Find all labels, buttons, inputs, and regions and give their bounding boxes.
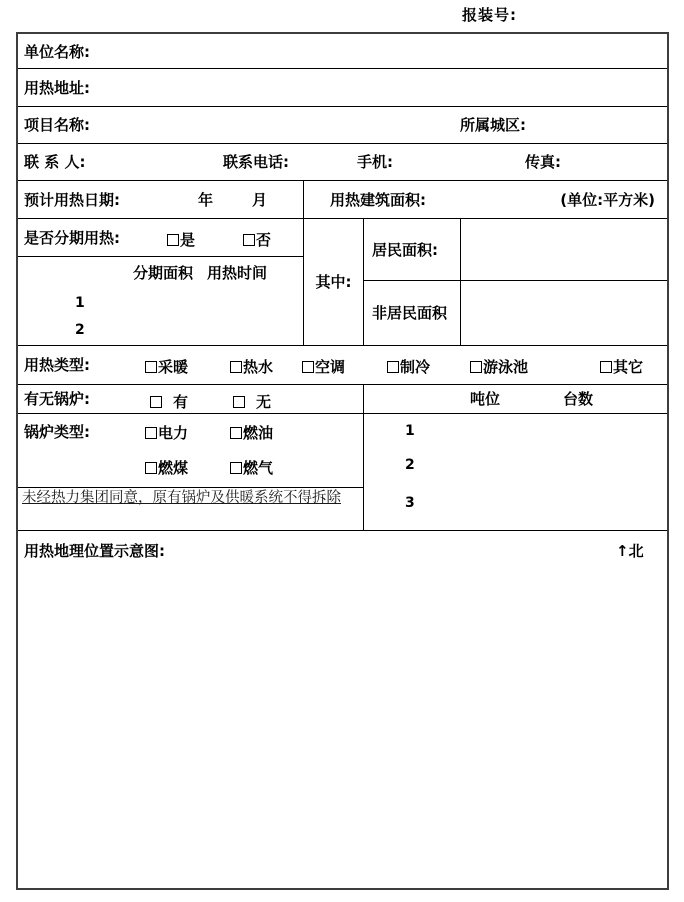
heat-supply-application-form: 报装号: 单位名称: 用热地址: 项目名称: 所属城区: [0,0,684,902]
checkbox-icon [167,234,179,246]
heat-type-other-checkbox[interactable]: 其它 [600,356,643,377]
boiler-spec-header-cell: 吨位 台数 [364,384,667,413]
phase-area-header: 分期面积 [133,262,193,283]
expected-date-cell: 预计用热日期: 年 月 [18,180,304,218]
project-name-label: 项目名称: [24,114,90,135]
resident-area-label: 居民面积: [372,239,438,260]
non-resident-area-cell: 非居民面积 [364,280,460,345]
boiler-type-oil-checkbox[interactable]: 燃油 [230,422,273,443]
has-boiler-row: 有无锅炉: [18,384,364,413]
heat-type-heating-checkbox[interactable]: 采暖 [145,356,188,377]
tonnage-label: 吨位 [470,388,500,409]
unit-count-label: 台数 [563,388,593,409]
north-arrow-label: ↑北 [616,540,644,561]
boiler-type-coal-checkbox[interactable]: 燃煤 [145,457,188,478]
form-table: 单位名称: 用热地址: 项目名称: 所属城区: 联 系 人: 联系电话: 手机:… [16,32,669,890]
address-row: 用热地址: [18,68,667,106]
checkbox-icon [233,396,245,408]
checkbox-icon [145,427,157,439]
phase-row-number: 1 [75,295,85,311]
address-label: 用热地址: [24,77,90,98]
checkbox-icon [600,361,612,373]
area-unit-label: (单位:平方米) [560,189,655,210]
resident-area-cell: 居民面积: [364,218,460,280]
heat-type-hot-water-checkbox[interactable]: 热水 [230,356,273,377]
heat-type-swimming-pool-checkbox[interactable]: 游泳池 [470,356,528,377]
checkbox-icon [243,234,255,246]
report-number-label: 报装号: [462,4,517,25]
boiler-row-number: 3 [405,495,415,511]
year-label: 年 [198,189,213,210]
boiler-type-label: 锅炉类型: [24,421,90,442]
project-row: 项目名称: 所属城区: [18,106,667,143]
has-boiler-label: 有无锅炉: [24,388,90,409]
contact-person-label: 联 系 人: [24,151,85,172]
phased-no-checkbox[interactable]: 否 [243,229,271,250]
checkbox-icon [145,462,157,474]
checkbox-icon [230,361,242,373]
divider-line [18,413,667,414]
expected-date-label: 预计用热日期: [24,189,120,210]
among-cell: 其中: [304,218,363,345]
phased-label: 是否分期用热: [24,227,120,248]
mobile-label: 手机: [357,151,393,172]
checkbox-icon [145,361,157,373]
phase-row-number: 2 [75,322,85,338]
heat-type-cooling-checkbox[interactable]: 制冷 [387,356,430,377]
boiler-yes-checkbox[interactable]: 有 [150,391,188,412]
checkbox-icon [470,361,482,373]
checkbox-icon [150,396,162,408]
boiler-type-electric-checkbox[interactable]: 电力 [145,422,188,443]
map-canvas-area [18,559,667,888]
non-resident-area-value-cell [461,280,667,345]
contact-phone-label: 联系电话: [223,151,289,172]
checkbox-icon [230,462,242,474]
phased-yes-checkbox[interactable]: 是 [167,229,195,250]
boiler-note: 未经热力集团同意，原有锅炉及供暖系统不得拆除 [18,487,364,530]
heat-type-air-conditioning-checkbox[interactable]: 空调 [302,356,345,377]
phase-time-header: 用热时间 [207,262,267,283]
resident-area-value-cell [461,218,667,280]
building-area-cell: 用热建筑面积: (单位:平方米) [304,180,667,218]
boiler-no-checkbox[interactable]: 无 [233,391,271,412]
among-label: 其中: [316,271,352,292]
boiler-row-number: 1 [405,423,415,439]
district-label: 所属城区: [460,114,526,135]
boiler-row-number: 2 [405,457,415,473]
divider-line [18,530,667,531]
boiler-type-gas-checkbox[interactable]: 燃气 [230,457,273,478]
heat-type-label: 用热类型: [24,354,90,375]
map-label: 用热地理位置示意图: [24,540,165,561]
checkbox-icon [387,361,399,373]
unit-name-label: 单位名称: [24,41,90,62]
checkbox-icon [230,427,242,439]
unit-name-row: 单位名称: [18,34,667,68]
divider-line [18,256,304,257]
checkbox-icon [302,361,314,373]
building-area-label: 用热建筑面积: [330,189,426,210]
fax-label: 传真: [525,151,561,172]
contact-row: 联 系 人: 联系电话: 手机: 传真: [18,143,667,180]
month-label: 月 [252,189,267,210]
non-resident-area-label: 非居民面积 [372,302,447,323]
